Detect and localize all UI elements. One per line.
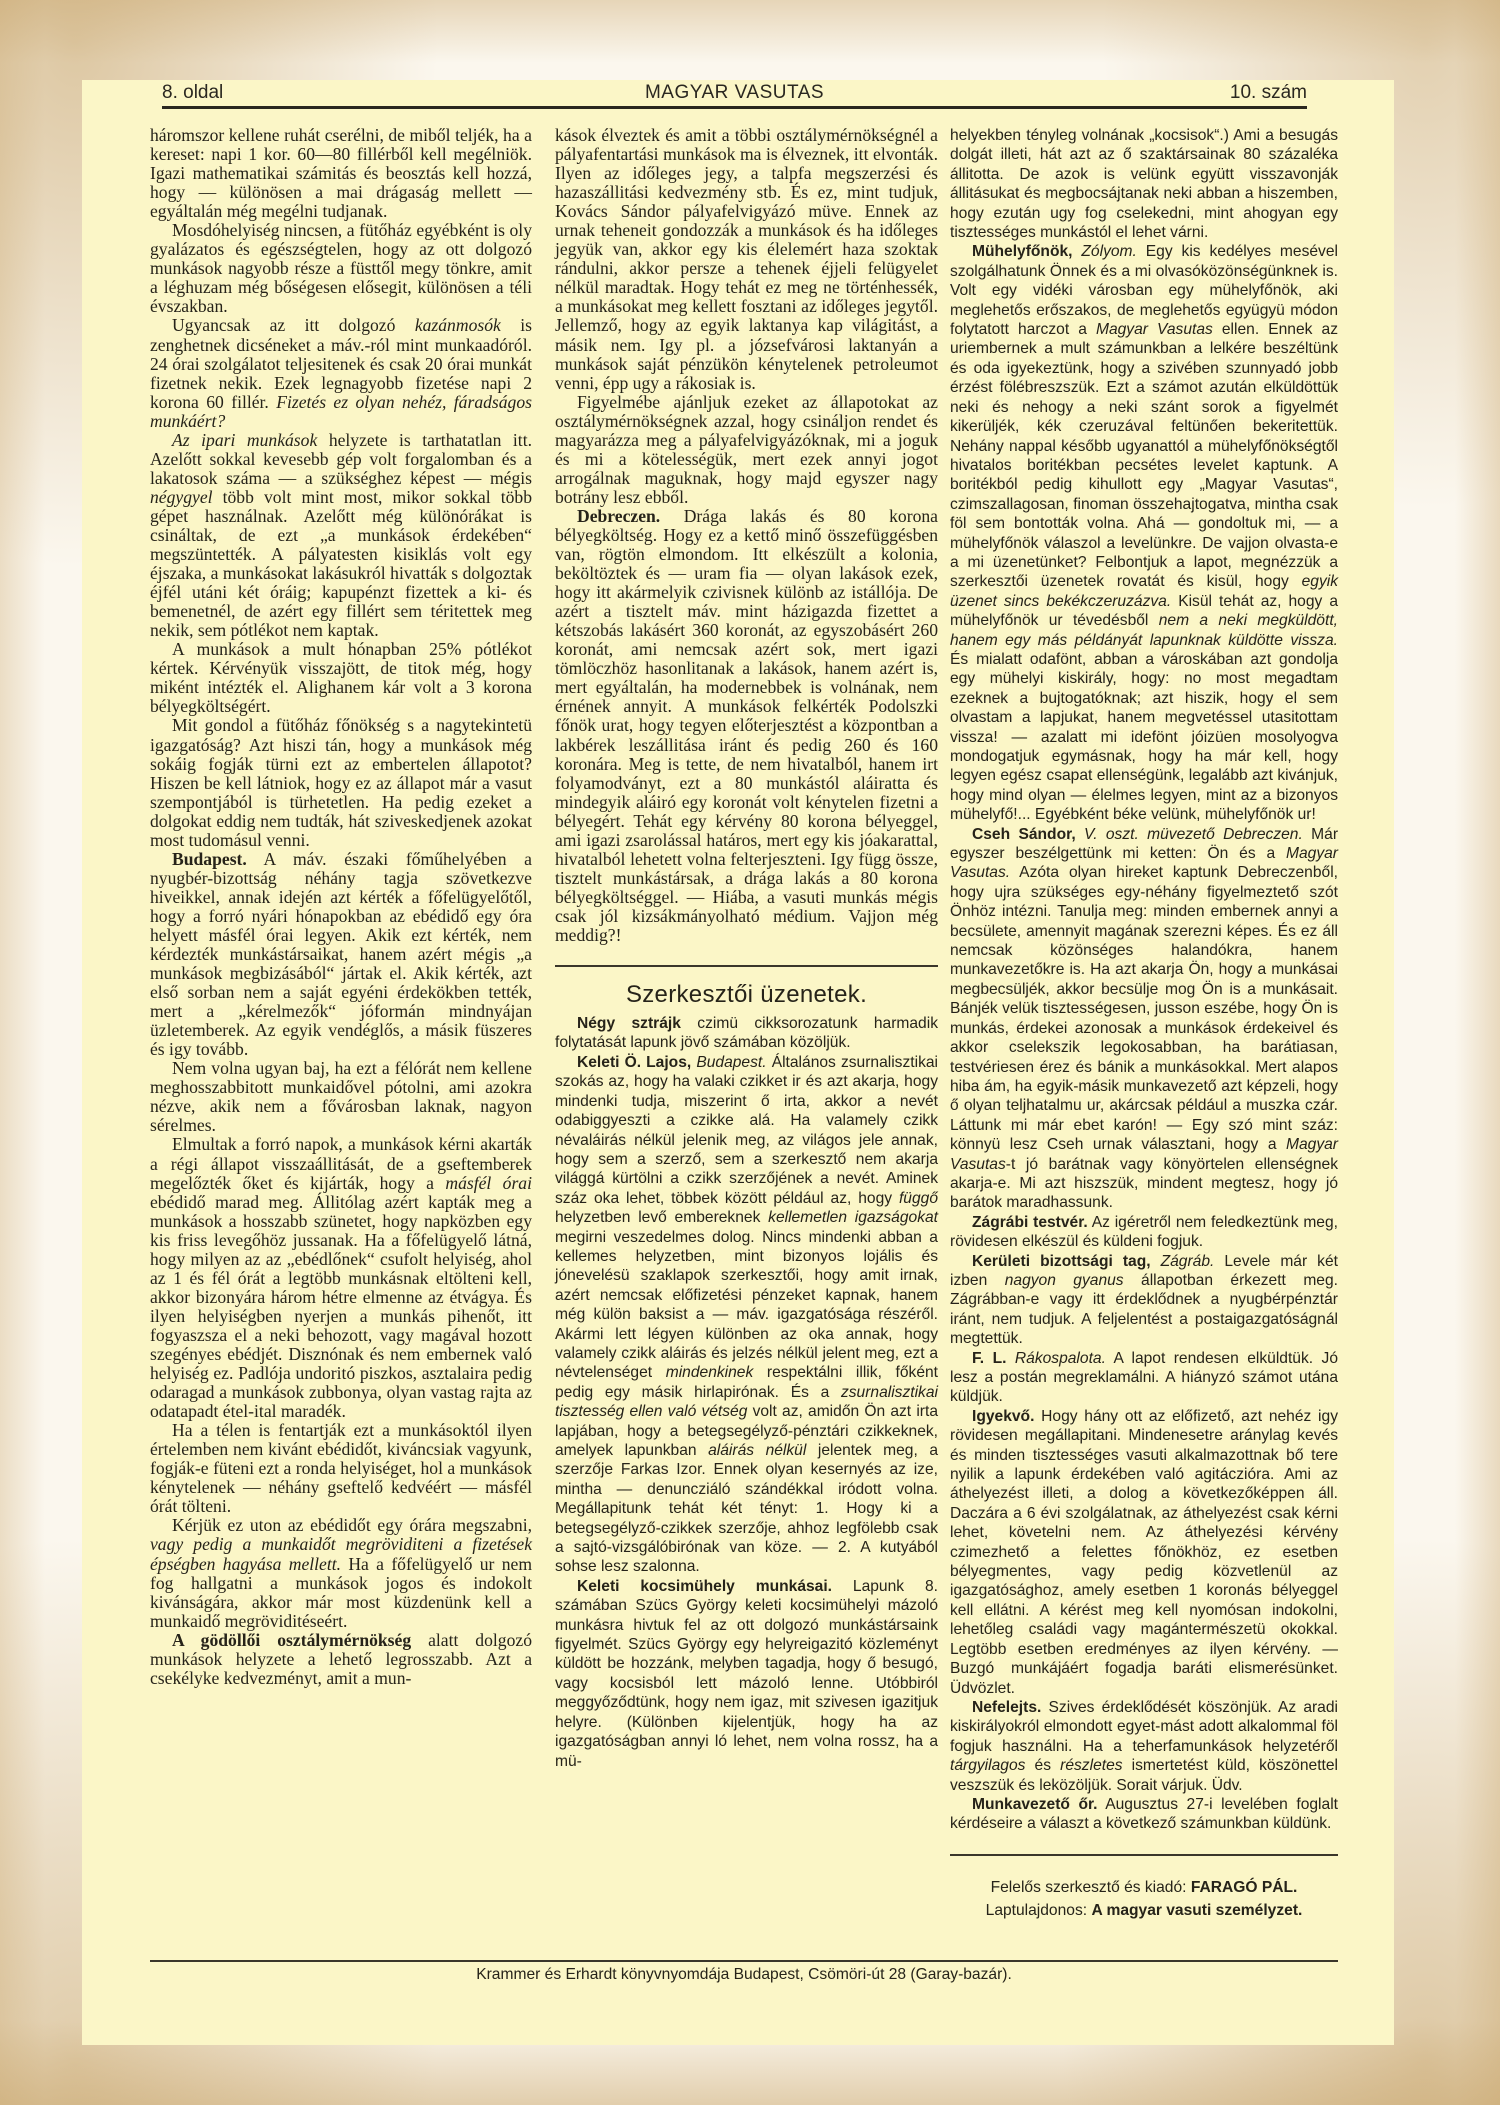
owner-name: A magyar vasuti személyzet. — [1091, 1902, 1302, 1919]
editorial-message: Mühelyfőnök, Zólyom. Egy kis kedélyes me… — [950, 242, 1338, 824]
editorial-message: Kerületi bizottsági tag, Zágráb. Levele … — [950, 1252, 1338, 1349]
masthead-title: MAGYAR VASUTAS — [162, 82, 1307, 104]
column-3: helyekben tényleg volnának „kocsisok“.) … — [950, 126, 1338, 1922]
article-paragraph: háromszor kellene ruhát cserélni, de mib… — [150, 126, 532, 221]
article-paragraph: Mit gondol a fütőház főnökség s a nagyte… — [150, 716, 532, 849]
editorial-message: Keleti Ö. Lajos, Budapest. Általános zsu… — [555, 1053, 938, 1577]
owner-line: Laptulajdonos: A magyar vasuti személyze… — [950, 1899, 1338, 1922]
running-head: 8. oldal MAGYAR VASUTAS 10. szám — [162, 80, 1307, 109]
editorial-message: Keleti kocsimühely munkásai. Lapunk 8. s… — [555, 1577, 938, 1771]
article-paragraph: Elmultak a forró napok, a munkások kérni… — [150, 1135, 532, 1421]
article-paragraph: Budapest. A máv. északi főműhelyében a n… — [150, 850, 532, 1060]
imprint-divider — [950, 1854, 1338, 1858]
article-paragraph: kások élveztek és amit a többi osztálymé… — [555, 126, 938, 393]
section-divider — [555, 965, 938, 967]
column-2: kások élveztek és amit a többi osztálymé… — [555, 126, 938, 1771]
owner-label: Laptulajdonos: — [986, 1902, 1087, 1919]
article-paragraph: A munkások a mult hónapban 25% pótlékot … — [150, 640, 532, 716]
editorial-messages: Négy sztrájk czimü cikksorozatunk harmad… — [555, 1014, 938, 1771]
column-3-messages: helyekben tényleg volnának „kocsisok“.) … — [950, 126, 1338, 1834]
article-paragraph: Az ipari munkások helyzete is tarthatatl… — [150, 431, 532, 641]
editorial-message: Cseh Sándor, V. oszt. müvezető Debreczen… — [950, 825, 1338, 1213]
article-paragraph: Ugyancsak az itt dolgozó kazánmosók is z… — [150, 316, 532, 430]
article-paragraph: A gödöllői osztálymérnökség alatt dolgoz… — [150, 1631, 532, 1688]
article-paragraph: Ha a télen is fentartják ezt a munkásokt… — [150, 1421, 532, 1516]
editor-label: Felelős szerkesztő és kiadó: — [991, 1879, 1187, 1896]
article-paragraph: Kérjük ez uton az ebédidőt egy órára meg… — [150, 1516, 532, 1630]
editorial-message: Zágrábi testvér. Az igéretről nem feledk… — [950, 1213, 1338, 1252]
imprint: Felelős szerkesztő és kiadó: FARAGÓ PÁL.… — [950, 1876, 1338, 1922]
editorial-message: Négy sztrájk czimü cikksorozatunk harmad… — [555, 1014, 938, 1053]
editorial-message: helyekben tényleg volnának „kocsisok“.) … — [950, 126, 1338, 242]
editor-line: Felelős szerkesztő és kiadó: FARAGÓ PÁL. — [950, 1876, 1338, 1899]
editorial-message: F. L. Rákospalota. A lapot rendesen elkü… — [950, 1349, 1338, 1407]
column-2-articles: kások élveztek és amit a többi osztálymé… — [555, 126, 938, 945]
footer-rule — [150, 1960, 1338, 1962]
article-paragraph: Debreczen. Drága lakás és 80 korona bély… — [555, 507, 938, 945]
article-paragraph: Figyelmébe ajánljuk ezeket az állapotoka… — [555, 393, 938, 507]
article-paragraph: Nem volna ugyan baj, ha ezt a félórát ne… — [150, 1059, 532, 1135]
editorial-message: Munkavezető őr. Augusztus 27-i levelében… — [950, 1795, 1338, 1834]
editorial-message: Igyekvő. Hogy hány ott az előfizető, azt… — [950, 1407, 1338, 1698]
editorial-messages-title: Szerkesztői üzenetek. — [555, 985, 938, 1004]
newspaper-page: 8. oldal MAGYAR VASUTAS 10. szám háromsz… — [82, 80, 1394, 2045]
column-1: háromszor kellene ruhát cserélni, de mib… — [150, 126, 532, 1688]
editorial-message: Nefelejts. Szives érdeklődését köszönjük… — [950, 1698, 1338, 1795]
article-paragraph: Mosdóhelyiség nincsen, a fütőház egyébké… — [150, 221, 532, 316]
editor-name: FARAGÓ PÁL. — [1191, 1879, 1298, 1896]
issue-number: 10. szám — [1230, 82, 1307, 104]
printer-credit: Krammer és Erhardt könyvnyomdája Budapes… — [150, 1966, 1338, 1984]
